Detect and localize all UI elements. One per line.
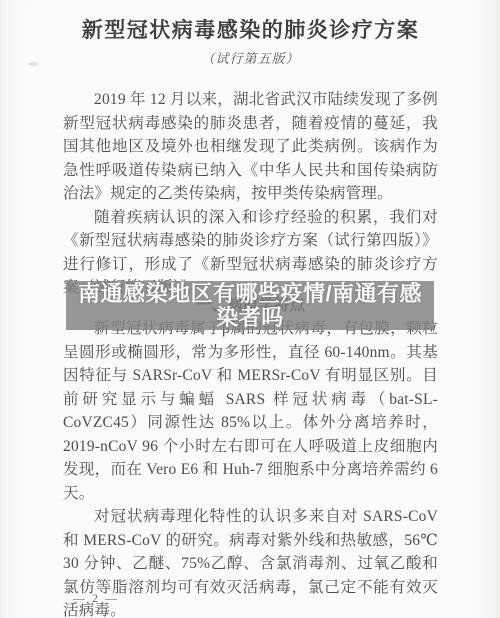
document-subtitle: （试行第五版） (63, 50, 438, 68)
document-title: 新型冠状病毒感染的肺炎诊疗方案 (63, 16, 438, 44)
overlay-caption-banner: 南通感染地区有哪些疫情/南通有感 染者吗 (66, 281, 434, 330)
page-number: — 2 — (73, 591, 119, 606)
overlay-caption-line-2: 染者吗 (66, 306, 434, 330)
paragraph-virus-features: 新型冠状病毒属于β属的冠状病毒，有包膜，颗粒呈圆形或椭圆形，常为多形性，直径 6… (63, 317, 438, 505)
paragraph-intro: 2019 年 12 月以来，湖北省武汉市陆续发现了多例新型冠状病毒感染的肺炎患者… (63, 88, 438, 206)
scan-smudge (29, 62, 39, 66)
overlay-caption-line-1: 南通感染地区有哪些疫情/南通有感 (66, 282, 434, 306)
document-body: 2019 年 12 月以来，湖北省武汉市陆续发现了多例新型冠状病毒感染的肺炎患者… (63, 88, 438, 618)
paragraph-physicochemical: 对冠状病毒理化特性的认识多来自对 SARS-CoV 和 MERS-CoV 的研究… (63, 505, 438, 618)
scanned-document-page: 新型冠状病毒感染的肺炎诊疗方案 （试行第五版） 2019 年 12 月以来，湖北… (0, 0, 500, 618)
